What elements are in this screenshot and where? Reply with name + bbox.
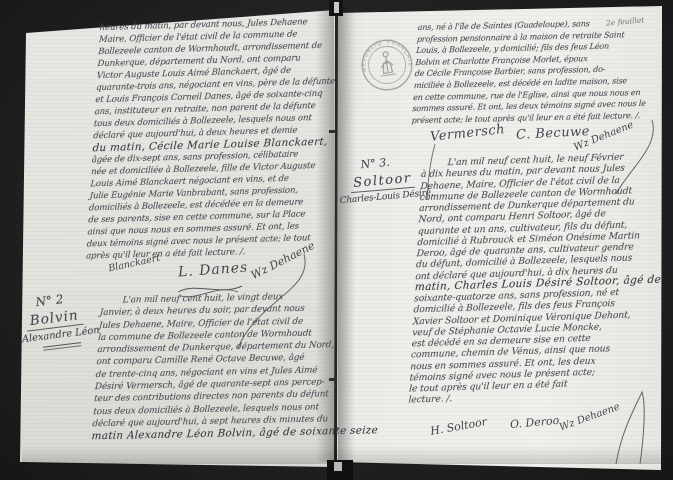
entry-2-text: L'an mil neuf cent huit, le vingt deuxJa… bbox=[91, 290, 339, 443]
republique-francaise-stamp: RÉPUBLIQUE FRANÇAISE bbox=[356, 34, 417, 97]
stamp-figure bbox=[377, 51, 396, 76]
gutter-shadow bbox=[338, 8, 355, 464]
entry-3-text: L'an mil neuf cent huit, le neuf Février… bbox=[408, 150, 662, 406]
entry-2-continuation-text: ans, né à l'île de Saintes (Guadeloupe),… bbox=[411, 16, 663, 126]
paraph-loop bbox=[612, 388, 650, 468]
register-scan: heures du matin, par devant nous, Jules … bbox=[0, 0, 673, 480]
binding-thread bbox=[334, 462, 342, 471]
gutter-mark bbox=[329, 378, 337, 381]
gutter-mark bbox=[329, 130, 336, 133]
entry-1-continuation-text: heures du matin, par devant nous, Jules … bbox=[86, 15, 338, 262]
binding-thread bbox=[334, 2, 339, 13]
